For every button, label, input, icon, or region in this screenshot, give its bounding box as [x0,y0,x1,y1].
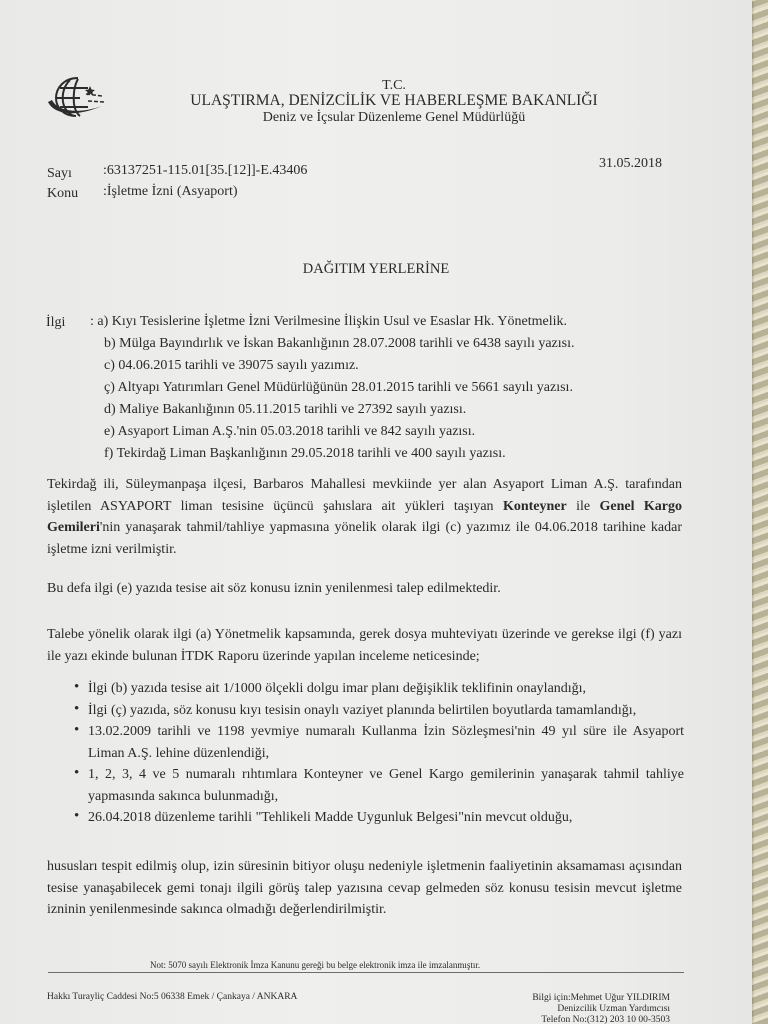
sayi-value: :63137251-115.01[35.[12]]-E.43406 [103,163,307,179]
p1-text-c: 'nin yanaşarak tahmil/tahliye yapmasına … [47,520,682,557]
p1-text-b: ile [567,499,600,514]
ilgi-item-c-cedilla: ç) Altyapı Yatırımları Genel Müdürlüğünü… [104,380,573,396]
ilgi-item-c: c) 04.06.2015 tarihli ve 39075 sayılı ya… [104,358,359,374]
document-date: 31.05.2018 [599,156,662,172]
konu-value: :İşletme İzni (Asyaport) [103,184,238,200]
p1-bold-container: Konteyner [503,499,567,514]
recipient-heading: DAĞITIM YERLERİNE [0,261,752,278]
footer-divider [48,972,684,973]
paragraph-review: Talebe yönelik olarak ilgi (a) Yönetmeli… [47,624,682,667]
konu-label: Konu [47,186,78,202]
e-signature-note: Not: 5070 sayılı Elektronik İmza Kanunu … [150,960,480,970]
contact-name: Bilgi için:Mehmet Uğur YILDIRIM [532,993,670,1004]
finding-item: İlgi (b) yazıda tesise ait 1/1000 ölçekl… [74,678,684,700]
contact-title: Denizcilik Uzman Yardımcısı [532,1004,670,1015]
ilgi-item-e: e) Asyaport Liman A.Ş.'nin 05.03.2018 ta… [104,424,475,440]
finding-item: 13.02.2009 tarihli ve 1198 yevmiye numar… [74,721,684,764]
finding-item: İlgi (ç) yazıda, söz konusu kıyı tesisin… [74,700,684,722]
ilgi-label: İlgi [46,315,65,331]
sayi-label: Sayı [47,166,72,182]
ilgi-item-f: f) Tekirdağ Liman Başkanlığının 29.05.20… [104,446,506,462]
footer-contact: Bilgi için:Mehmet Uğur YILDIRIM Denizcil… [532,993,670,1024]
ilgi-item-d: d) Maliye Bakanlığının 05.11.2015 tarihl… [104,402,466,418]
findings-list: İlgi (b) yazıda tesise ait 1/1000 ölçekl… [74,678,684,829]
paragraph-permit-history: Tekirdağ ili, Süleymanpaşa ilçesi, Barba… [47,474,682,560]
paragraph-conclusion: hususları tespit edilmiş olup, izin süre… [47,856,682,921]
header-ministry-name: ULAŞTIRMA, DENİZCİLİK VE HABERLEŞME BAKA… [18,92,768,110]
paragraph-renewal-request: Bu defa ilgi (e) yazıda tesise ait söz k… [47,578,682,600]
footer-address: Hakkı Turayliç Caddesi No:5 06338 Emek /… [47,992,297,1002]
finding-item: 26.04.2018 düzenleme tarihli "Tehlikeli … [74,807,684,829]
header-directorate-name: Deniz ve İçsular Düzenleme Genel Müdürlü… [18,110,768,126]
document-page: T.C. ULAŞTIRMA, DENİZCİLİK VE HABERLEŞME… [0,0,752,1024]
ilgi-item-b: b) Mülga Bayındırlık ve İskan Bakanlığın… [104,336,574,352]
contact-phone: Telefon No:(312) 203 10 00-3503 [532,1015,670,1024]
ilgi-item-a: : a) Kıyı Tesislerine İşletme İzni Veril… [90,314,567,330]
finding-item: 1, 2, 3, 4 ve 5 numaralı rıhtımlara Kont… [74,764,684,807]
